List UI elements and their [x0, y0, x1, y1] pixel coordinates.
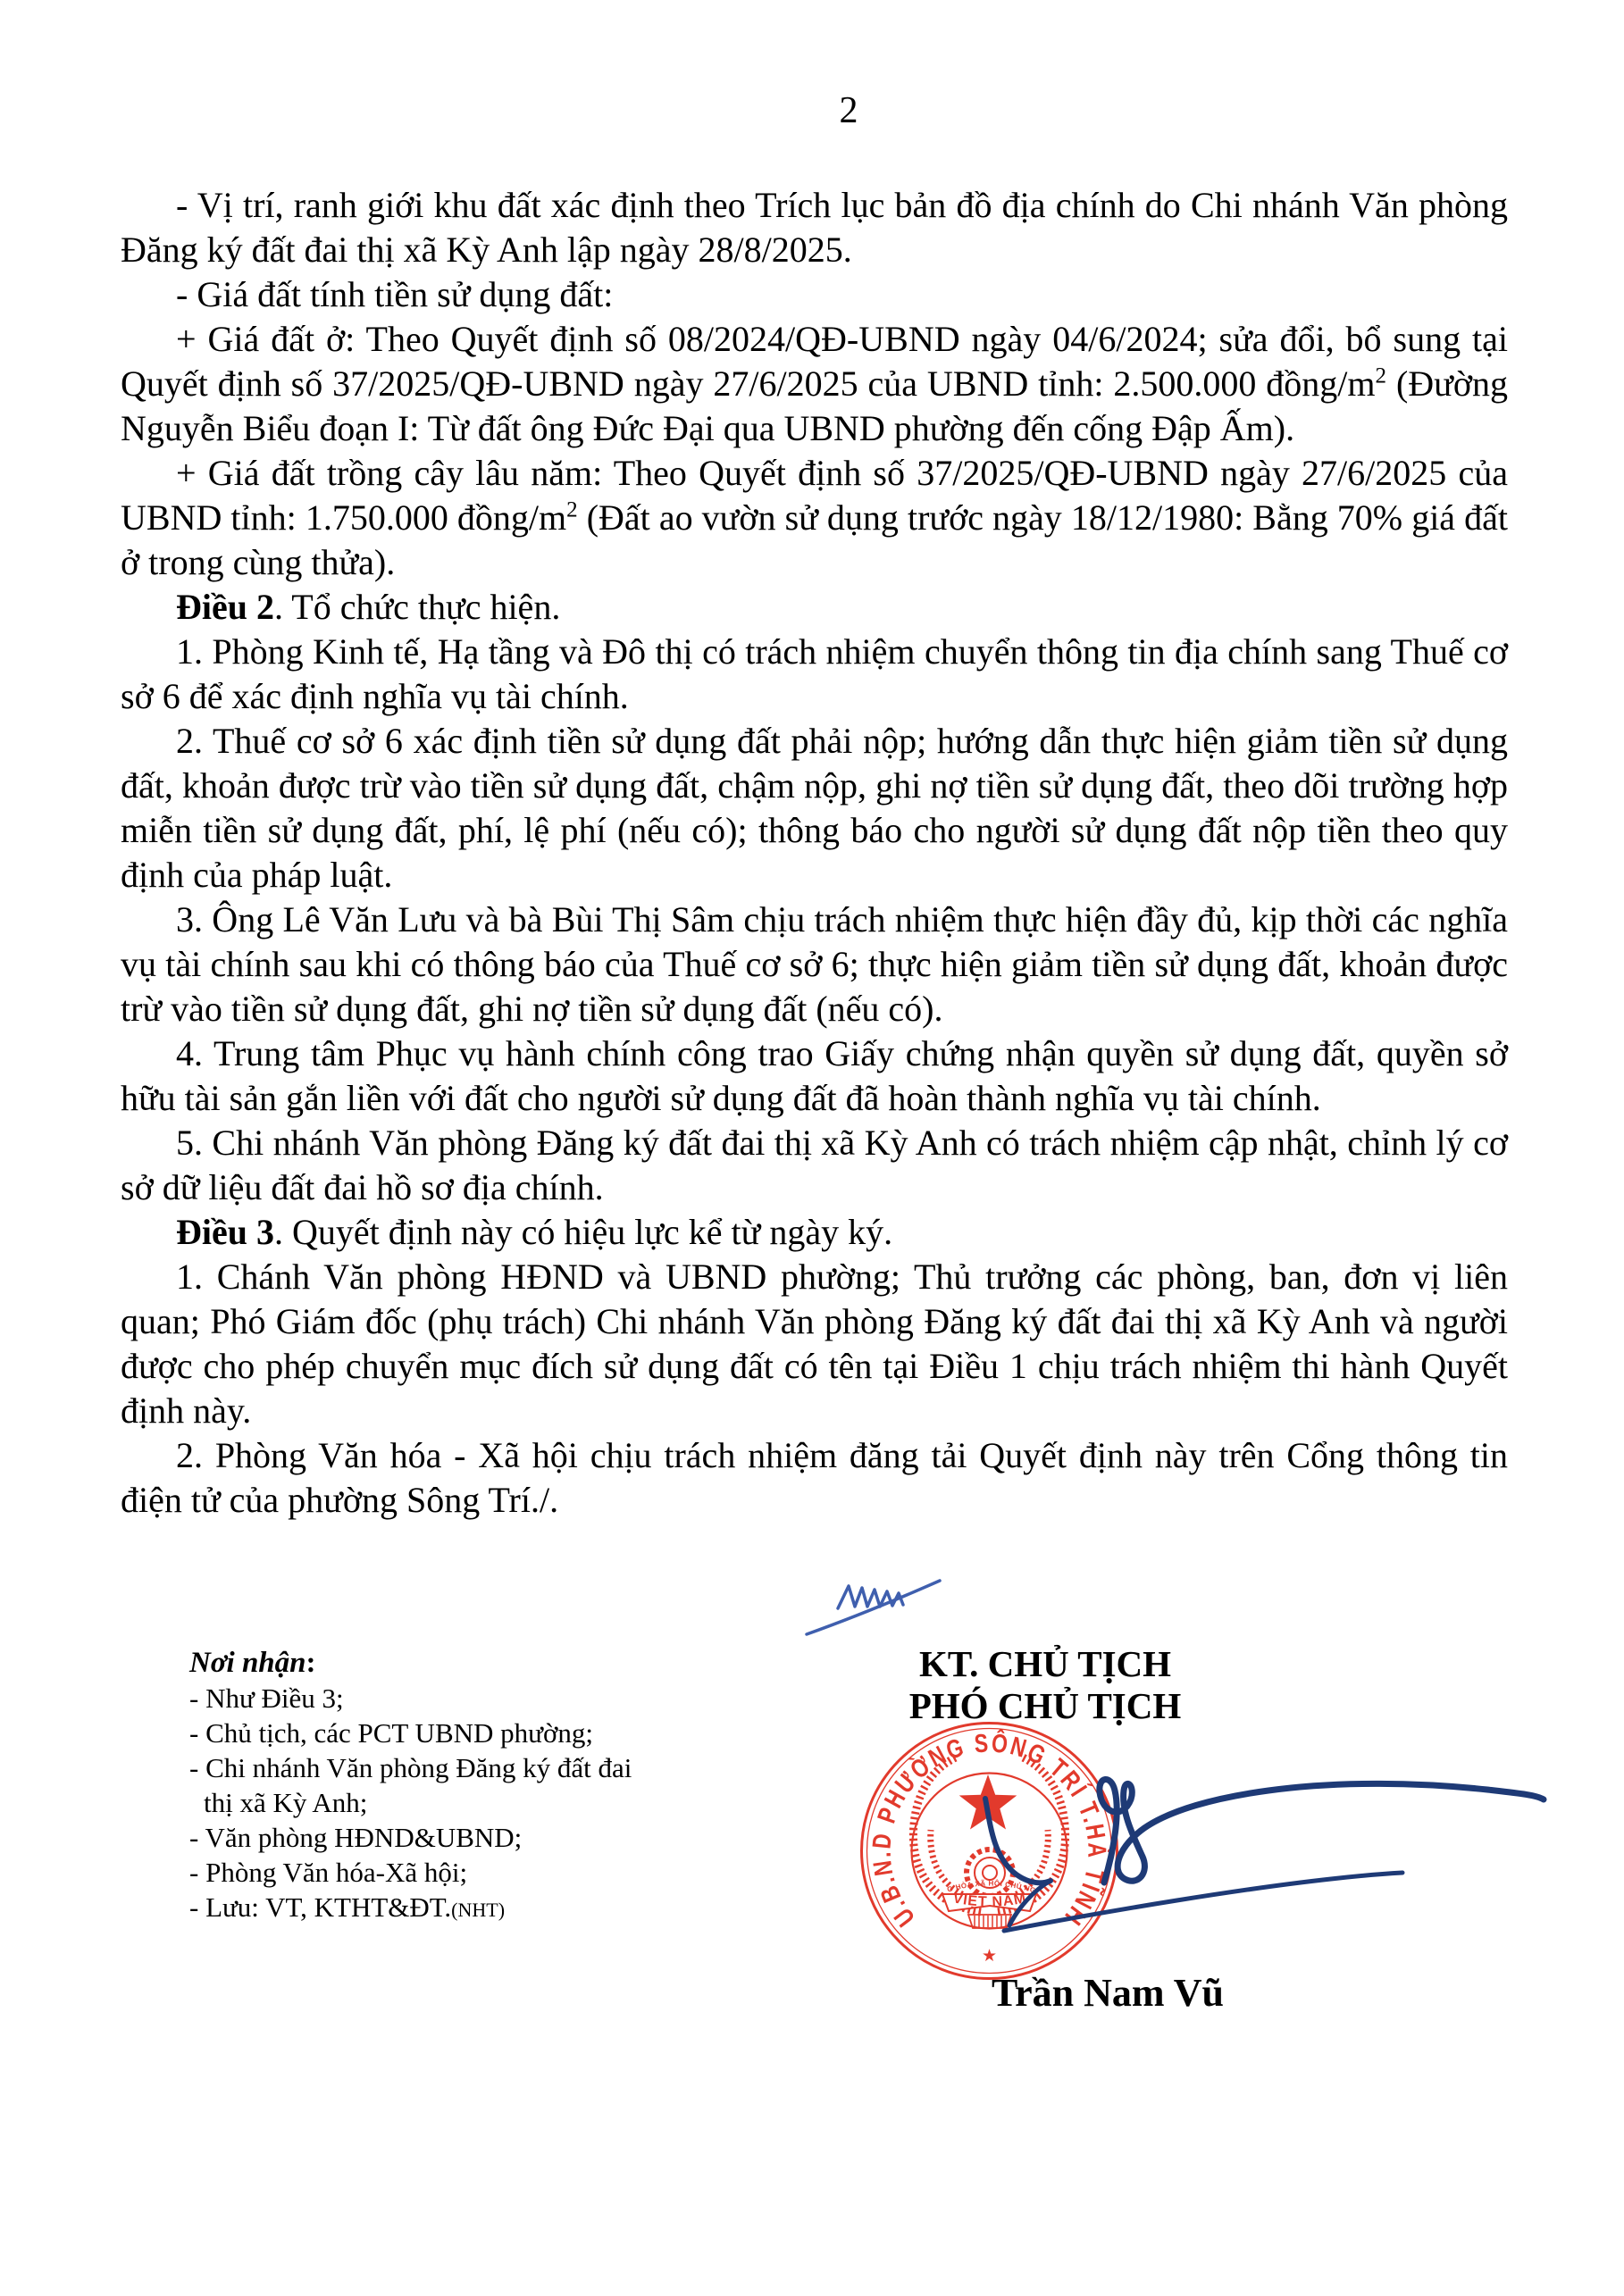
- paragraph-article3-item2: 2. Phòng Văn hóa - Xã hội chịu trách nhi…: [121, 1433, 1508, 1523]
- paragraph-article-3: Điều 3. Quyết định này có hiệu lực kể từ…: [121, 1210, 1508, 1255]
- paragraph-article3-item1: 1. Chánh Văn phòng HĐND và UBND phường; …: [121, 1255, 1508, 1433]
- recipients-heading: Nơi nhận:: [189, 1645, 640, 1681]
- recipient-item: - Phòng Văn hóa-Xã hội;: [189, 1855, 640, 1890]
- paragraph-text: . Tổ chức thực hiện.: [274, 587, 560, 627]
- paragraph-perennial-land-price: + Giá đất trồng cây lâu năm: Theo Quyết …: [121, 451, 1508, 585]
- paragraph-text: . Quyết định này có hiệu lực kể từ ngày …: [274, 1212, 892, 1252]
- recipient-item-note: (NHT): [451, 1899, 505, 1921]
- paragraph-article2-item4: 4. Trung tâm Phục vụ hành chính công tra…: [121, 1031, 1508, 1121]
- paragraph-text: + Giá đất ở: Theo Quyết định số 08/2024/…: [121, 319, 1508, 404]
- recipients-block: Nơi nhận: - Như Điều 3; - Chủ tịch, các …: [189, 1645, 640, 1927]
- article-2-label: Điều 2: [176, 587, 274, 627]
- article-3-label: Điều 3: [176, 1212, 274, 1252]
- superscript-2: 2: [566, 498, 578, 522]
- recipient-item-luu: - Lưu: VT, KTHT&ĐT.(NHT): [189, 1890, 640, 1927]
- page-number: 2: [0, 89, 1624, 132]
- paragraph-article2-item5: 5. Chi nhánh Văn phòng Đăng ký đất đai t…: [121, 1121, 1508, 1210]
- paragraph-residential-land-price: + Giá đất ở: Theo Quyết định số 08/2024/…: [121, 317, 1508, 451]
- recipient-item: - Chi nhánh Văn phòng Đăng ký đất đai th…: [189, 1750, 640, 1820]
- paraph-initial-mark: [786, 1563, 983, 1652]
- recipient-item: - Chủ tịch, các PCT UBND phường;: [189, 1716, 640, 1750]
- recipient-item: - Như Điều 3;: [189, 1681, 640, 1716]
- paragraph-article2-item2: 2. Thuế cơ sở 6 xác định tiền sử dụng đấ…: [121, 719, 1508, 898]
- superscript-2: 2: [1376, 364, 1387, 388]
- recipients-colon: :: [306, 1647, 316, 1679]
- paragraph-article2-item3: 3. Ông Lê Văn Lưu và bà Bùi Thị Sâm chịu…: [121, 898, 1508, 1031]
- paragraph-article2-item1: 1. Phòng Kinh tế, Hạ tầng và Đô thị có t…: [121, 630, 1508, 719]
- document-body: - Vị trí, ranh giới khu đất xác định the…: [121, 183, 1508, 1523]
- document-page: 2 - Vị trí, ranh giới khu đất xác định t…: [0, 0, 1624, 2296]
- signature-ink: [786, 1688, 1624, 2045]
- paragraph-location: - Vị trí, ranh giới khu đất xác định the…: [121, 183, 1508, 272]
- recipients-label: Nơi nhận: [189, 1647, 306, 1679]
- paragraph-land-price-intro: - Giá đất tính tiền sử dụng đất:: [121, 272, 1508, 317]
- recipient-item-text: - Lưu: VT, KTHT&ĐT.: [189, 1891, 451, 1923]
- paragraph-article-2: Điều 2. Tổ chức thực hiện.: [121, 585, 1508, 630]
- recipient-item: - Văn phòng HĐND&UBND;: [189, 1820, 640, 1855]
